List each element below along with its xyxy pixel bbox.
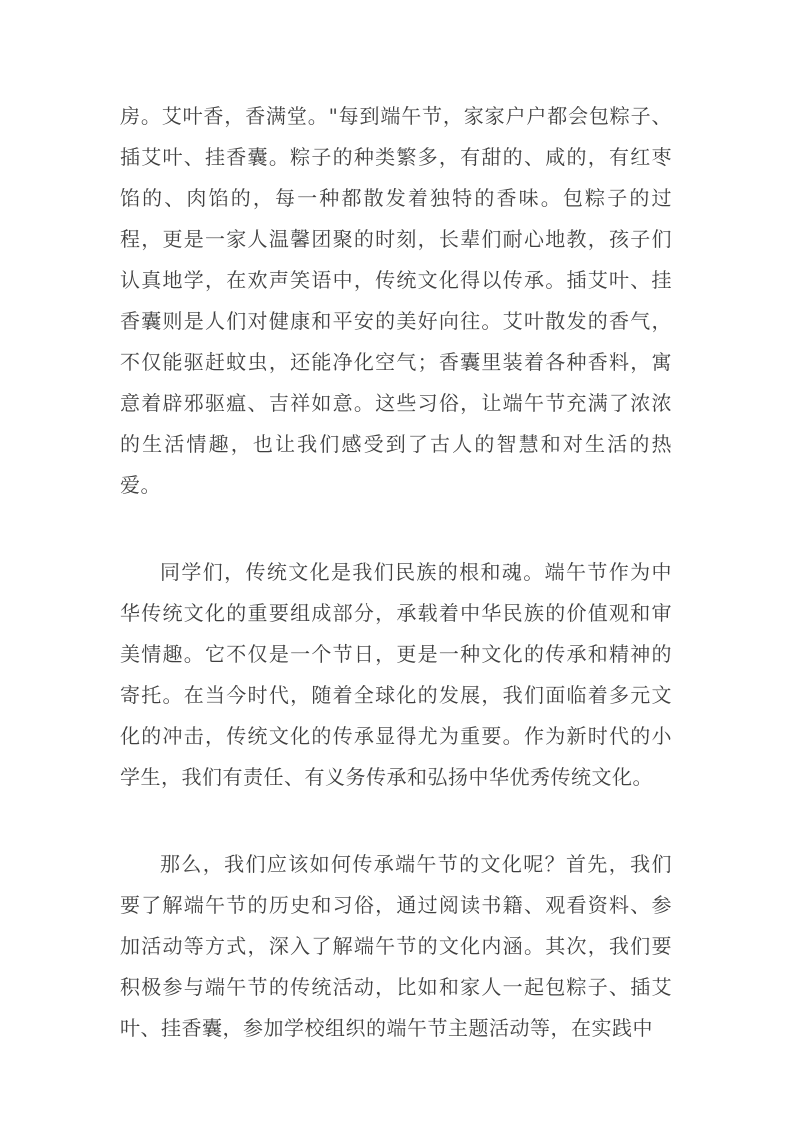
paragraph-culture-roots: 同学们，传统文化是我们民族的根和魂。端午节作为中华传统文化的重要组成部分，承载着…	[120, 552, 672, 798]
paragraph-customs: 房。艾叶香，香满堂。"每到端午节，家家户户都会包粽子、插艾叶、挂香囊。粽子的种类…	[120, 96, 672, 506]
document-body: 房。艾叶香，香满堂。"每到端午节，家家户户都会包粽子、插艾叶、挂香囊。粽子的种类…	[120, 96, 672, 1049]
document-page: 房。艾叶香，香满堂。"每到端午节，家家户户都会包粽子、插艾叶、挂香囊。粽子的种类…	[0, 0, 793, 1122]
paragraph-how-to-inherit: 那么，我们应该如何传承端午节的文化呢？首先，我们要了解端午节的历史和习俗，通过阅…	[120, 844, 672, 1049]
